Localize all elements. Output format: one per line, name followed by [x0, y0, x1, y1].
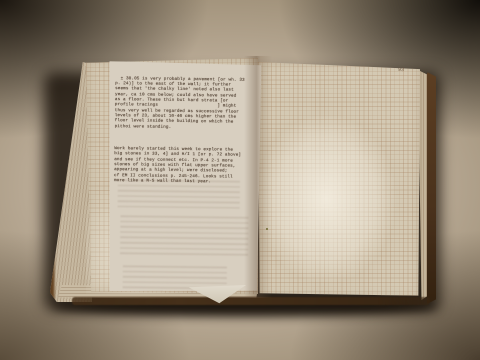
typed-note-sheet: ± 30.05 is very probably a pavement [or … [107, 61, 262, 293]
bleed-through-text [117, 179, 252, 291]
photo-of-open-notebook: ± 30.05 is very probably a pavement [or … [0, 0, 480, 360]
right-cover-edge [427, 72, 436, 304]
page-speck [266, 228, 268, 230]
typed-note-text: ± 30.05 is very probably a pavement [or … [114, 65, 258, 196]
right-notebook-page [258, 62, 420, 298]
bottom-cover-edge [72, 297, 430, 305]
note-paragraph-1: ± 30.05 is very probably a pavement [or … [115, 76, 258, 131]
page-number: 93 [398, 67, 404, 73]
